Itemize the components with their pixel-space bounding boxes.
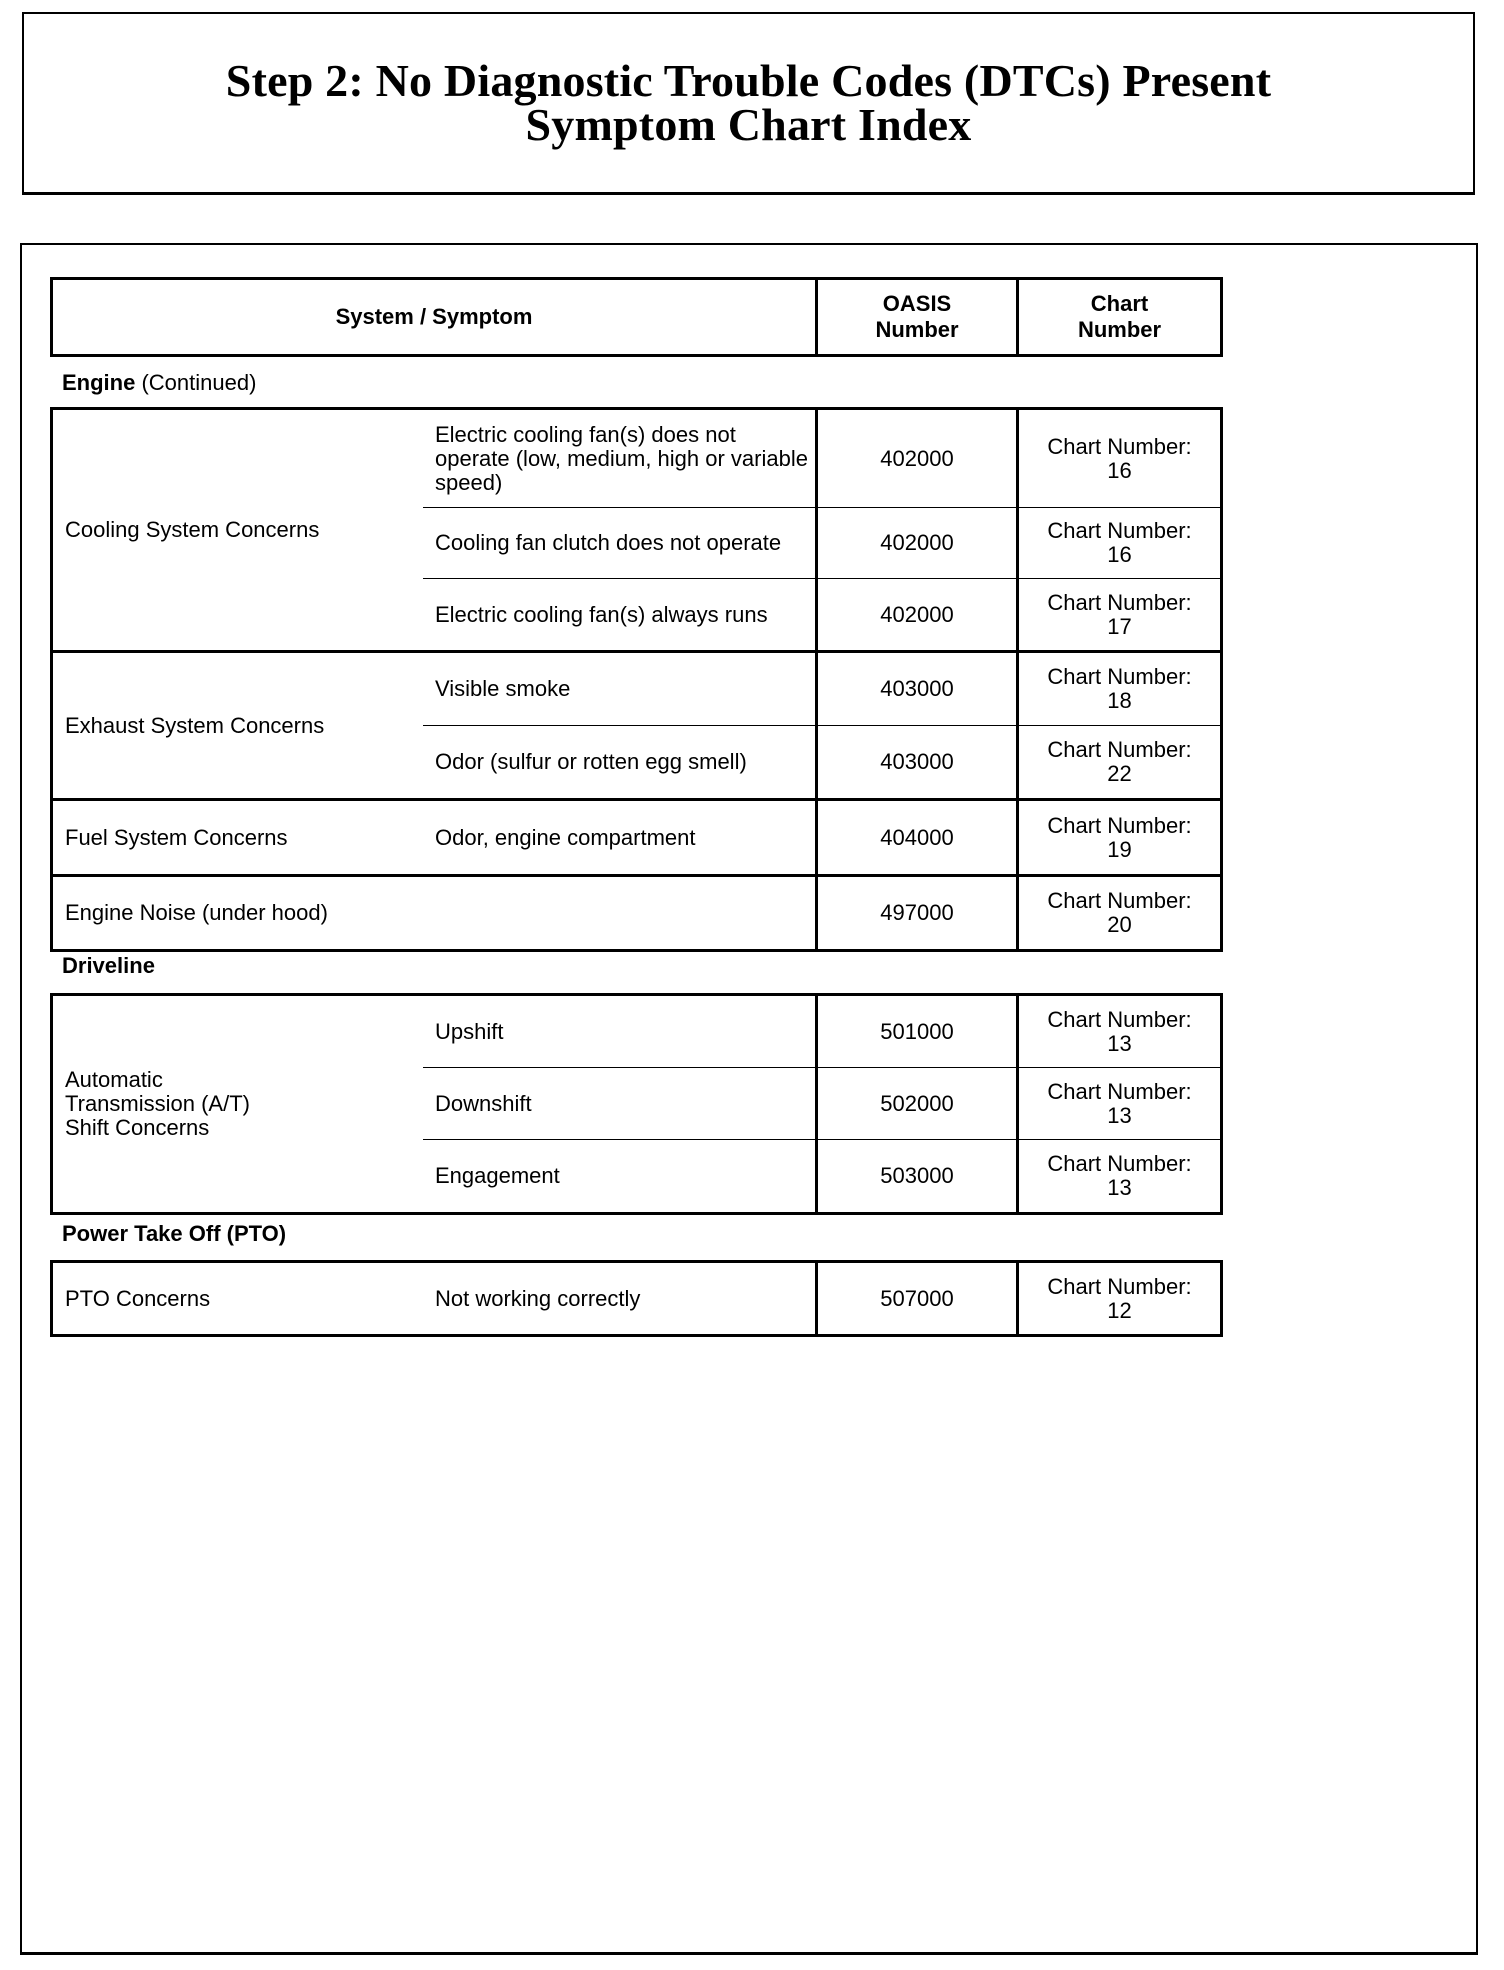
oasis-number: 402000: [815, 410, 1016, 507]
header-chart-line1: Chart: [1091, 291, 1148, 317]
symptom-text: Engagement: [423, 1140, 815, 1212]
oasis-number: 497000: [815, 877, 1016, 949]
system-name: Fuel System Concerns: [53, 801, 423, 874]
chart-number-label: Chart Number:: [1047, 519, 1191, 543]
symptom-text: Odor (sulfur or rotten egg smell): [423, 726, 815, 798]
system-name: Engine Noise (under hood): [53, 877, 815, 949]
chart-number-value: 16: [1107, 543, 1131, 567]
oasis-number: 507000: [815, 1263, 1016, 1334]
system-group: Fuel System ConcernsOdor, engine compart…: [53, 798, 1220, 874]
table-row: Upshift501000Chart Number:13: [423, 996, 1220, 1067]
system-group: PTO ConcernsNot working correctly507000C…: [53, 1263, 1220, 1334]
chart-number-label: Chart Number:: [1047, 435, 1191, 459]
oasis-number: 403000: [815, 726, 1016, 798]
chart-number-value: 13: [1107, 1104, 1131, 1128]
table-row: Cooling fan clutch does not operate40200…: [423, 507, 1220, 578]
symptom-text: Downshift: [423, 1068, 815, 1139]
header-oasis-line1: OASIS: [883, 291, 951, 317]
oasis-number: 402000: [815, 508, 1016, 578]
chart-number: Chart Number:19: [1016, 801, 1220, 874]
chart-number: Chart Number:13: [1016, 1068, 1220, 1139]
header-oasis-number: OASIS Number: [815, 280, 1016, 354]
system-name: Exhaust System Concerns: [53, 653, 423, 798]
chart-number-label: Chart Number:: [1047, 1080, 1191, 1104]
chart-number: Chart Number:18: [1016, 653, 1220, 725]
chart-number-value: 17: [1107, 615, 1131, 639]
system-group: Exhaust System ConcernsVisible smoke4030…: [53, 650, 1220, 798]
table-row: Electric cooling fan(s) always runs40200…: [423, 578, 1220, 650]
chart-number: Chart Number:22: [1016, 726, 1220, 798]
section-title: Engine (Continued): [62, 370, 256, 396]
table-row: Odor (sulfur or rotten egg smell)403000C…: [423, 725, 1220, 798]
chart-number: Chart Number:17: [1016, 579, 1220, 650]
chart-number-value: 16: [1107, 459, 1131, 483]
chart-number-label: Chart Number:: [1047, 814, 1191, 838]
symptom-text: Upshift: [423, 996, 815, 1067]
system-name: Cooling System Concerns: [53, 410, 423, 650]
symptom-text: Visible smoke: [423, 653, 815, 725]
section-title: Driveline: [62, 953, 155, 979]
system-group: Cooling System ConcernsElectric cooling …: [53, 410, 1220, 650]
system-group: Engine Noise (under hood)497000Chart Num…: [53, 874, 1220, 949]
chart-number-label: Chart Number:: [1047, 889, 1191, 913]
chart-number-label: Chart Number:: [1047, 665, 1191, 689]
chart-number-label: Chart Number:: [1047, 1275, 1191, 1299]
table-row: Electric cooling fan(s) does not operate…: [423, 410, 1220, 507]
chart-number-value: 19: [1107, 838, 1131, 862]
section-title-note: (Continued): [135, 370, 256, 395]
chart-number-value: 13: [1107, 1176, 1131, 1200]
table-row: Odor, engine compartment404000Chart Numb…: [423, 801, 1220, 874]
chart-number-label: Chart Number:: [1047, 1008, 1191, 1032]
symptom-text: Not working correctly: [423, 1263, 815, 1334]
table-row: Engagement503000Chart Number:13: [423, 1139, 1220, 1212]
oasis-number: 403000: [815, 653, 1016, 725]
section-title-bold: Engine: [62, 370, 135, 395]
chart-number-value: 18: [1107, 689, 1131, 713]
page-title: Step 2: No Diagnostic Trouble Codes (DTC…: [226, 59, 1271, 147]
system-name: Automatic Transmission (A/T) Shift Conce…: [53, 996, 423, 1212]
header-oasis-line2: Number: [875, 317, 958, 343]
table-row: Downshift502000Chart Number:13: [423, 1067, 1220, 1139]
table-row: Not working correctly507000Chart Number:…: [423, 1263, 1220, 1334]
symptom-table: PTO ConcernsNot working correctly507000C…: [50, 1260, 1223, 1337]
symptom-text: Electric cooling fan(s) always runs: [423, 579, 815, 650]
chart-number: Chart Number:12: [1016, 1263, 1220, 1334]
table-row: Visible smoke403000Chart Number:18: [423, 653, 1220, 725]
oasis-number: 501000: [815, 996, 1016, 1067]
chart-number-value: 12: [1107, 1299, 1131, 1323]
oasis-number: 402000: [815, 579, 1016, 650]
table-header: System / Symptom OASIS Number Chart Numb…: [50, 277, 1223, 357]
system-name: PTO Concerns: [53, 1263, 423, 1334]
section-title-bold: Driveline: [62, 953, 155, 978]
system-group: Automatic Transmission (A/T) Shift Conce…: [53, 996, 1220, 1212]
header-chart-line2: Number: [1078, 317, 1161, 343]
symptom-text: Cooling fan clutch does not operate: [423, 508, 815, 578]
symptom-text: Electric cooling fan(s) does not operate…: [423, 410, 815, 507]
symptom-text: Odor, engine compartment: [423, 801, 815, 874]
chart-number: Chart Number:16: [1016, 508, 1220, 578]
chart-number-label: Chart Number:: [1047, 738, 1191, 762]
header-system-symptom: System / Symptom: [53, 280, 815, 354]
title-line-2: Symptom Chart Index: [526, 99, 972, 150]
section-title-bold: Power Take Off (PTO): [62, 1221, 286, 1246]
chart-number-label: Chart Number:: [1047, 591, 1191, 615]
chart-number-value: 13: [1107, 1032, 1131, 1056]
symptom-table: Cooling System ConcernsElectric cooling …: [50, 407, 1223, 952]
chart-number: Chart Number:20: [1016, 877, 1220, 949]
section-title: Power Take Off (PTO): [62, 1221, 286, 1247]
table-row: 497000Chart Number:20: [815, 877, 1220, 949]
oasis-number: 503000: [815, 1140, 1016, 1212]
chart-number: Chart Number:13: [1016, 1140, 1220, 1212]
header-chart-number: Chart Number: [1016, 280, 1220, 354]
title-box: Step 2: No Diagnostic Trouble Codes (DTC…: [22, 12, 1475, 195]
chart-number-value: 22: [1107, 762, 1131, 786]
chart-number-label: Chart Number:: [1047, 1152, 1191, 1176]
chart-number: Chart Number:16: [1016, 410, 1220, 507]
oasis-number: 502000: [815, 1068, 1016, 1139]
chart-number: Chart Number:13: [1016, 996, 1220, 1067]
chart-number-value: 20: [1107, 913, 1131, 937]
oasis-number: 404000: [815, 801, 1016, 874]
symptom-table: Automatic Transmission (A/T) Shift Conce…: [50, 993, 1223, 1215]
